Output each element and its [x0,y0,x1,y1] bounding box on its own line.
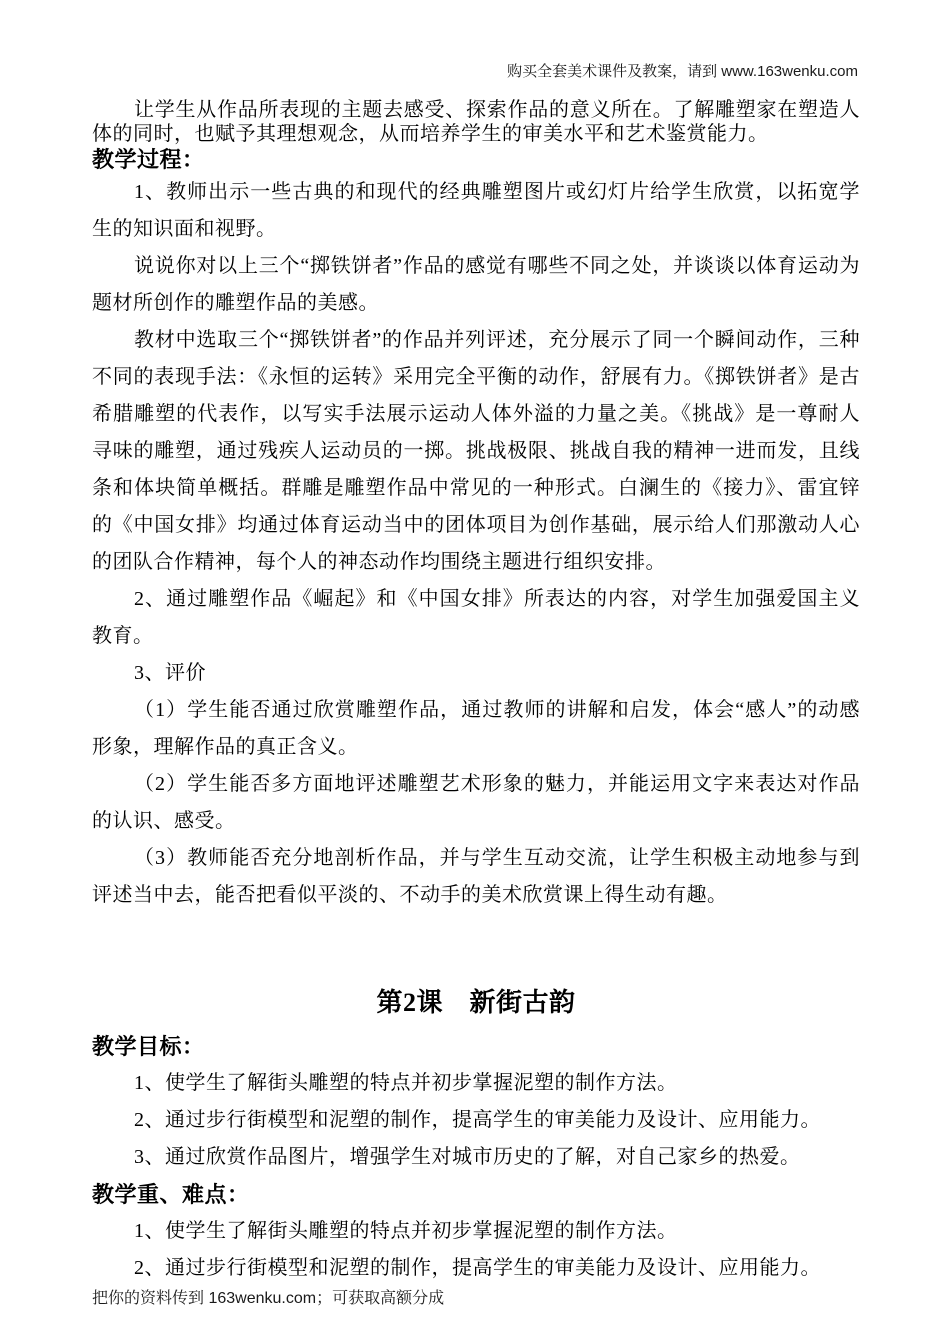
lesson1-discussion-prompt: 说说你对以上三个“掷铁饼者”作品的感觉有哪些不同之处，并谈谈以体育运动为题材所创… [92,248,860,322]
lesson1-step-3: 3、评价 [92,655,860,692]
header-promo-text: 购买全套美术课件及教案，请到 www.163wenku.com [507,63,858,80]
lesson1-evaluation-1: （1）学生能否通过欣赏雕塑作品，通过教师的讲解和启发，体会“感人”的动感形象，理… [92,692,860,766]
lesson1-process-heading: 教学过程： [92,146,860,174]
footer-promo-text: 把你的资料传到 163wenku.com；可获取高额分成 [92,1290,444,1307]
lesson1-intro-paragraph: 让学生从作品所表现的主题去感受、探索作品的意义所在。了解雕塑家在塑造人体的同时，… [92,98,860,146]
lesson2-title: 第2课 新街古韵 [92,986,860,1020]
lesson1-step-1: 1、教师出示一些古典的和现代的经典雕塑图片或幻灯片给学生欣赏，以拓宽学生的知识面… [92,174,860,248]
lesson1-evaluation-2: （2）学生能否多方面地评述雕塑艺术形象的魅力，并能运用文字来表达对作品的认识、感… [92,766,860,840]
lesson2-keypoints-heading: 教学重、难点： [92,1176,860,1213]
page-footer: 把你的资料传到 163wenku.com；可获取高额分成 [92,1289,860,1309]
lesson2-keypoint-2: 2、通过步行街模型和泥塑的制作，提高学生的审美能力及设计、应用能力。 [92,1250,860,1287]
lesson2-goals-heading: 教学目标： [92,1028,860,1065]
lesson1-evaluation-3: （3）教师能否充分地剖析作品，并与学生互动交流，让学生积极主动地参与到评述当中去… [92,840,860,914]
lesson2-goal-3: 3、通过欣赏作品图片，增强学生对城市历史的了解，对自己家乡的热爱。 [92,1139,860,1176]
lesson2-goal-2: 2、通过步行街模型和泥塑的制作，提高学生的审美能力及设计、应用能力。 [92,1102,860,1139]
lesson1-analysis-paragraph: 教材中选取三个“掷铁饼者”的作品并列评述，充分展示了同一个瞬间动作，三种不同的表… [92,322,860,581]
lesson2-goal-1: 1、使学生了解街头雕塑的特点并初步掌握泥塑的制作方法。 [92,1065,860,1102]
page-header: 购买全套美术课件及教案，请到 www.163wenku.com [92,62,858,82]
document-body: 让学生从作品所表现的主题去感受、探索作品的意义所在。了解雕塑家在塑造人体的同时，… [92,98,860,1287]
document-page: 购买全套美术课件及教案，请到 www.163wenku.com 让学生从作品所表… [0,0,950,1344]
lesson1-step-2: 2、通过雕塑作品《崛起》和《中国女排》所表达的内容，对学生加强爱国主义教育。 [92,581,860,655]
lesson2-keypoint-1: 1、使学生了解街头雕塑的特点并初步掌握泥塑的制作方法。 [92,1213,860,1250]
